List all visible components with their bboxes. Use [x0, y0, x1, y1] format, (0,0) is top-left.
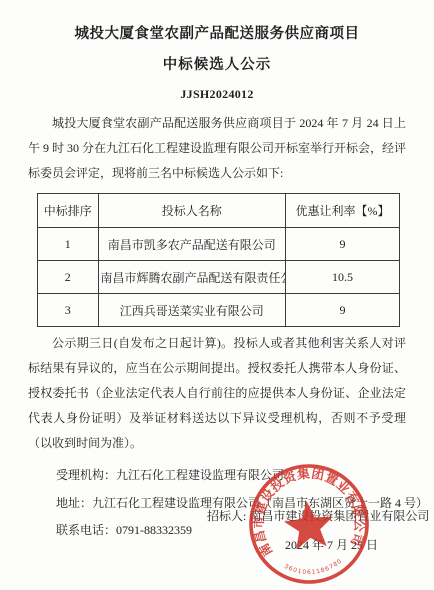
doc-number: JJSH2024012 [28, 87, 406, 102]
notice-paragraph: 公示期三日(自发布之日起计算)。投标人或者其他利害关系人对评标结果有异议的，应当… [28, 331, 406, 456]
date-line: 2024 年 7 月 25 日 [285, 536, 434, 554]
cell-rank: 2 [38, 261, 99, 294]
page-subtitle: 中标候选人公示 [28, 53, 406, 74]
document-page: 城投大厦食堂农副产品配送服务供应商项目 中标候选人公示 JJSH2024012 … [0, 0, 434, 590]
table-header-row: 中标排序 投标人名称 优惠让利率【%】 [38, 194, 400, 228]
cell-bidder-name: 江西兵哥送菜实业有限公司 [98, 294, 286, 327]
bid-candidates-table: 中标排序 投标人名称 优惠让利率【%】 1 南昌市凯多农产品配送有限公司 9 2… [37, 193, 400, 327]
cell-rank: 3 [38, 294, 99, 327]
header-rank: 中标排序 [38, 194, 99, 228]
cell-discount-rate: 10.5 [286, 261, 400, 294]
header-discount-rate: 优惠让利率【%】 [286, 194, 400, 228]
agency-line: 受理机构：九江石化工程建设监理有限公司 [56, 462, 406, 490]
header-bidder-name: 投标人名称 [98, 194, 286, 228]
page-title: 城投大厦食堂农副产品配送服务供应商项目 [28, 22, 406, 43]
tenderer-line: 招标人: 南昌市建设投资集团置业有限公司 [207, 506, 434, 526]
table-row: 3 江西兵哥送菜实业有限公司 9 [38, 294, 400, 327]
document-body: 城投大厦食堂农副产品配送服务供应商项目 中标候选人公示 JJSH2024012 … [0, 0, 434, 545]
cell-bidder-name: 南昌市辉腾农副产品配送有限责任公司 [98, 261, 286, 294]
table-row: 1 南昌市凯多农产品配送有限公司 9 [38, 228, 400, 261]
cell-discount-rate: 9 [286, 228, 400, 261]
intro-paragraph: 城投大厦食堂农副产品配送服务供应商项目于 2024 年 7 月 24 日上午 9… [28, 111, 406, 186]
cell-bidder-name: 南昌市凯多农产品配送有限公司 [98, 228, 286, 261]
cell-discount-rate: 9 [286, 294, 400, 327]
table-row: 2 南昌市辉腾农副产品配送有限责任公司 10.5 [38, 261, 400, 294]
cell-rank: 1 [38, 228, 99, 261]
seal-serial-number: 3601061186780 [282, 557, 344, 579]
signature-block: 招标人: 南昌市建设投资集团置业有限公司 2024 年 7 月 25 日 [0, 506, 434, 554]
